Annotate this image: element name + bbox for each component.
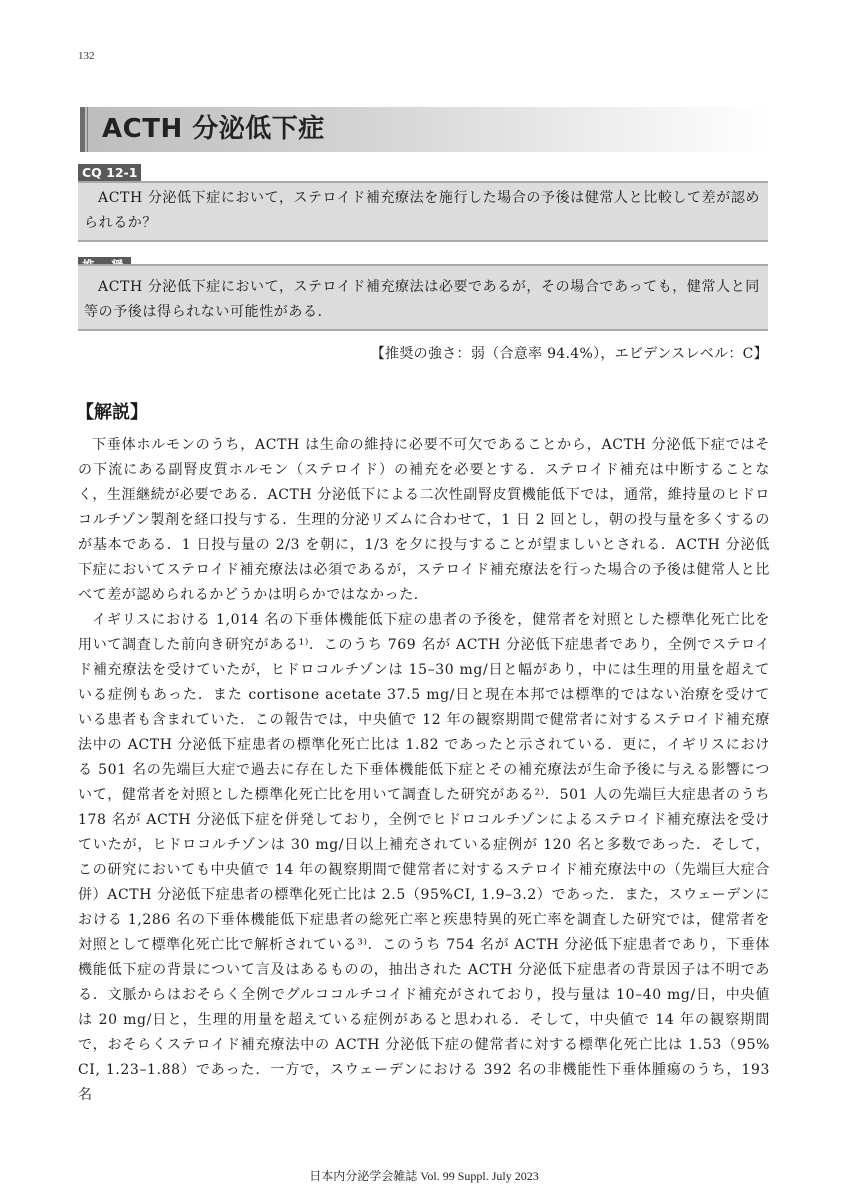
chapter-title-banner: ACTH 分泌低下症 — [80, 107, 770, 152]
journal-footer: 日本内分泌学会雑誌 Vol. 99 Suppl. July 2023 — [0, 1167, 848, 1184]
commentary-heading: 【解説】 — [76, 398, 148, 424]
commentary-body: 下垂体ホルモンのうち，ACTH は生命の維持に必要不可欠であることから，ACTH… — [78, 433, 770, 1108]
recommendation-text: ACTH 分泌低下症において，ステロイド補充療法は必要であるが，その場合であって… — [78, 266, 768, 329]
title-accent-bar — [80, 107, 85, 152]
commentary-paragraph-2: イギリスにおける 1,014 名の下垂体機能低下症の患者の予後を，健常者を対照と… — [78, 608, 770, 1108]
title-accent-line — [87, 107, 88, 152]
cq-tag: CQ 12-1 — [78, 164, 141, 182]
chapter-title: ACTH 分泌低下症 — [102, 111, 325, 147]
recommendation-strength: 【推奨の強さ：弱（合意率 94.4%），エビデンスレベル：C】 — [371, 343, 768, 363]
page-number: 132 — [78, 50, 95, 62]
clinical-question-box: ACTH 分泌低下症において，ステロイド補充療法を施行した場合の予後は健常人と比… — [78, 181, 768, 242]
recommendation-box: ACTH 分泌低下症において，ステロイド補充療法は必要であるが，その場合であって… — [78, 264, 768, 331]
clinical-question-text: ACTH 分泌低下症において，ステロイド補充療法を施行した場合の予後は健常人と比… — [78, 183, 768, 240]
commentary-paragraph-1: 下垂体ホルモンのうち，ACTH は生命の維持に必要不可欠であることから，ACTH… — [78, 433, 770, 608]
